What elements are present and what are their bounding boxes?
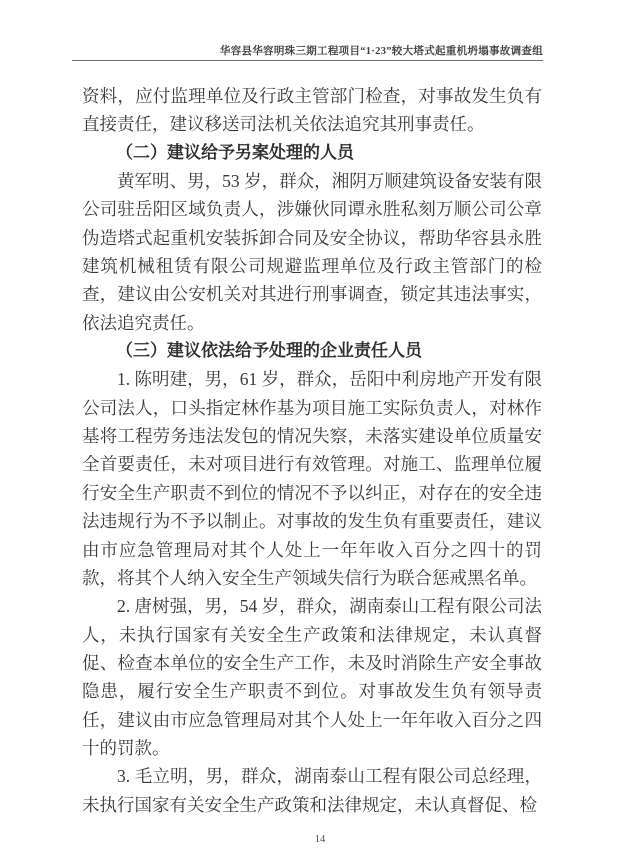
paragraph: 资料，应付监理单位及行政主管部门检查，对事故发生负有直接责任，建议移送司法机关依…: [82, 82, 542, 139]
paragraph: 黄军明、男，53 岁，群众，湘阴万顺建筑设备安装有限公司驻岳阳区域负责人，涉嫌伙…: [82, 167, 542, 337]
section-heading: （二）建议给予另案处理的人员: [82, 139, 542, 167]
running-header: 华容县华容明珠三期工程项目“1·23”较大塔式起重机坍塌事故调查组: [72, 43, 543, 58]
header-rule: [72, 60, 543, 61]
paragraph: 1. 陈明建，男，61 岁，群众，岳阳中利房地产开发有限公司法人，口头指定林作基…: [82, 365, 542, 592]
paragraph: 2. 唐树强，男，54 岁，群众，湖南泰山工程有限公司法人，未执行国家有关安全生…: [82, 592, 542, 762]
document-body: 资料，应付监理单位及行政主管部门检查，对事故发生负有直接责任，建议移送司法机关依…: [82, 82, 542, 819]
paragraph: 3. 毛立明，男，群众，湖南泰山工程有限公司总经理，未执行国家有关安全生产政策和…: [82, 762, 542, 819]
document-page: 华容县华容明珠三期工程项目“1·23”较大塔式起重机坍塌事故调查组 资料，应付监…: [0, 0, 640, 854]
section-heading: （三）建议依法给予处理的企业责任人员: [82, 337, 542, 365]
page-number: 14: [0, 834, 640, 845]
